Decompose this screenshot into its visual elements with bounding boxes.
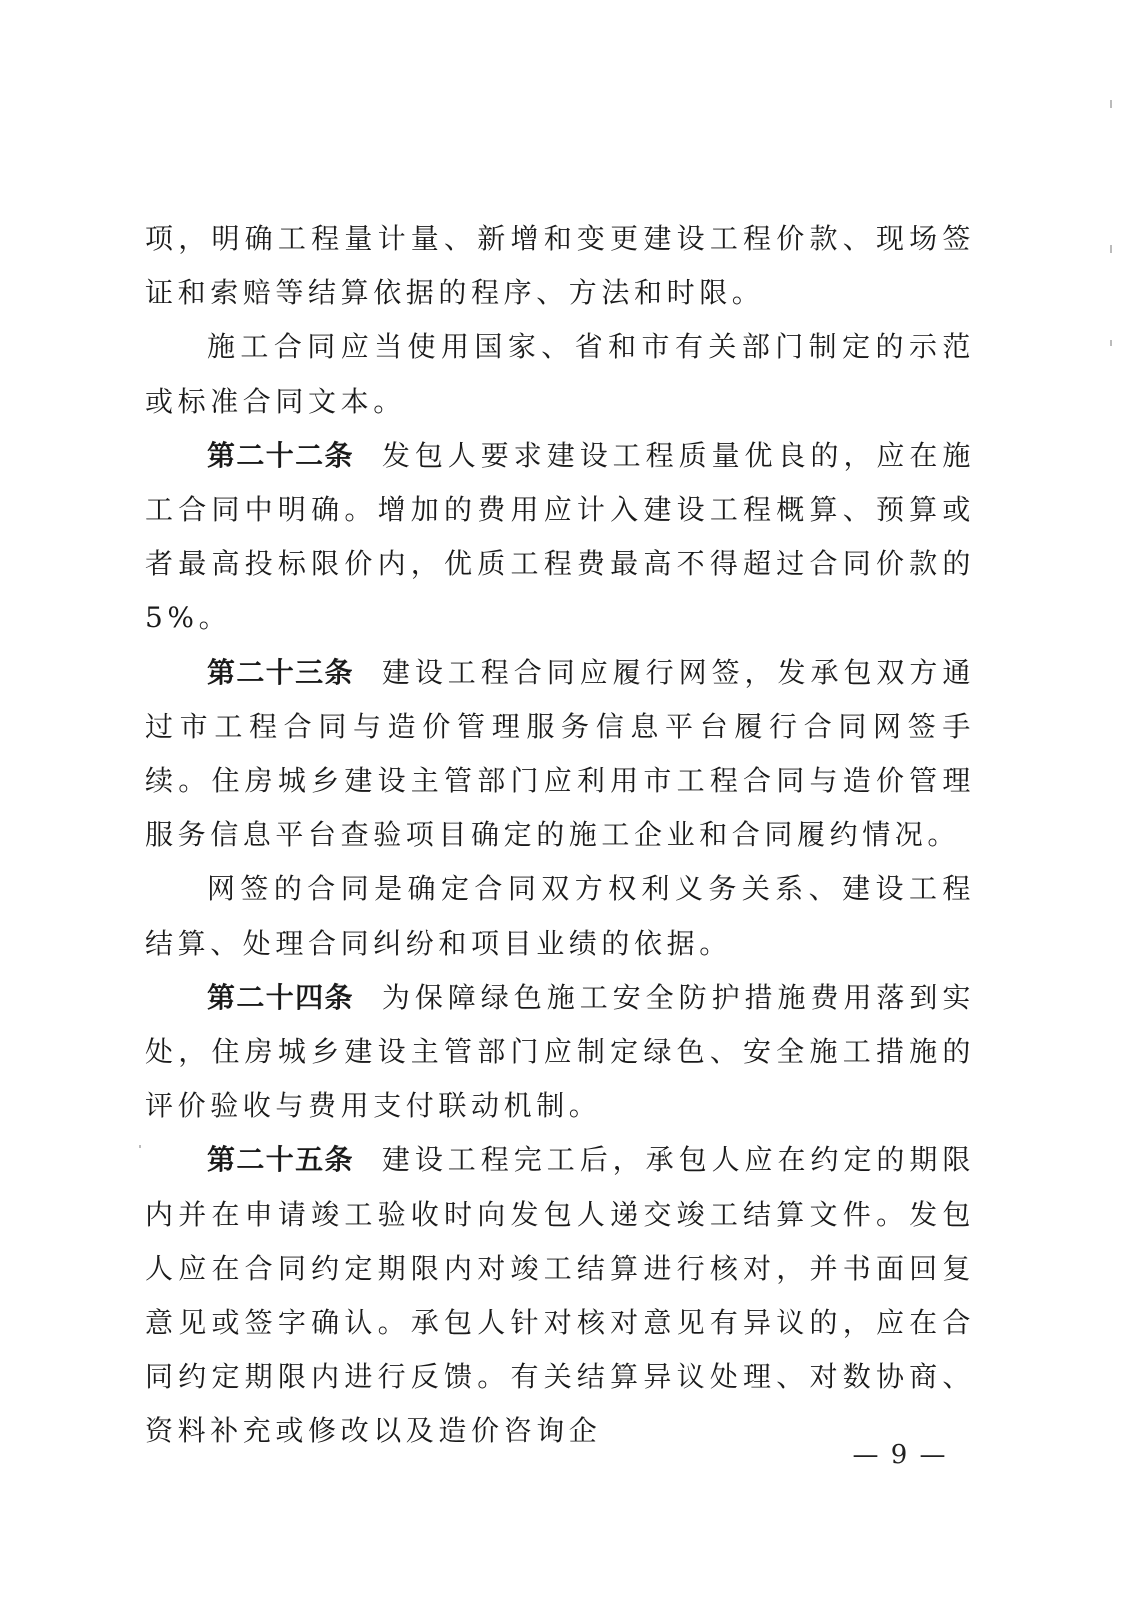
article-text: 建设工程完工后，承包人应在约定的期限内并在申请竣工验收时向发包人递交竣工结算文件… — [145, 1143, 975, 1447]
article-heading: 第二十三条 — [207, 656, 354, 689]
article-heading: 第二十四条 — [207, 981, 354, 1014]
document-body: 项，明确工程量计量、新增和变更建设工程价款、现场签证和索赔等结算依据的程序、方法… — [145, 212, 975, 1459]
scan-artifact — [1110, 100, 1112, 108]
article-heading: 第二十五条 — [207, 1143, 354, 1176]
article-22: 第二十二条发包人要求建设工程质量优良的，应在施工合同中明确。增加的费用应计入建设… — [145, 429, 975, 646]
page-number: — 9 — — [845, 1440, 955, 1470]
scan-artifact — [1110, 245, 1112, 253]
article-25: 第二十五条建设工程完工后，承包人应在约定的期限内并在申请竣工验收时向发包人递交竣… — [145, 1133, 975, 1458]
article-23: 第二十三条建设工程合同应履行网签，发承包双方通过市工程合同与造价管理服务信息平台… — [145, 646, 975, 863]
paragraph-text: 项，明确工程量计量、新增和变更建设工程价款、现场签证和索赔等结算依据的程序、方法… — [145, 222, 975, 309]
paragraph-text: 网签的合同是确定合同双方权利义务关系、建设工程结算、处理合同纠纷和项目业绩的依据… — [145, 872, 975, 959]
article-24: 第二十四条为保障绿色施工安全防护措施费用落到实处，住房城乡建设主管部门应制定绿色… — [145, 971, 975, 1134]
scan-artifact — [139, 1145, 141, 1148]
paragraph-standard-contract: 施工合同应当使用国家、省和市有关部门制定的示范或标准合同文本。 — [145, 320, 975, 428]
scan-artifact — [1110, 340, 1112, 346]
paragraph-continuation: 项，明确工程量计量、新增和变更建设工程价款、现场签证和索赔等结算依据的程序、方法… — [145, 212, 975, 320]
paragraph-text: 施工合同应当使用国家、省和市有关部门制定的示范或标准合同文本。 — [145, 330, 975, 417]
article-heading: 第二十二条 — [207, 439, 354, 472]
paragraph-online-signing: 网签的合同是确定合同双方权利义务关系、建设工程结算、处理合同纠纷和项目业绩的依据… — [145, 862, 975, 970]
document-page: 项，明确工程量计量、新增和变更建设工程价款、现场签证和索赔等结算依据的程序、方法… — [0, 0, 1131, 1600]
